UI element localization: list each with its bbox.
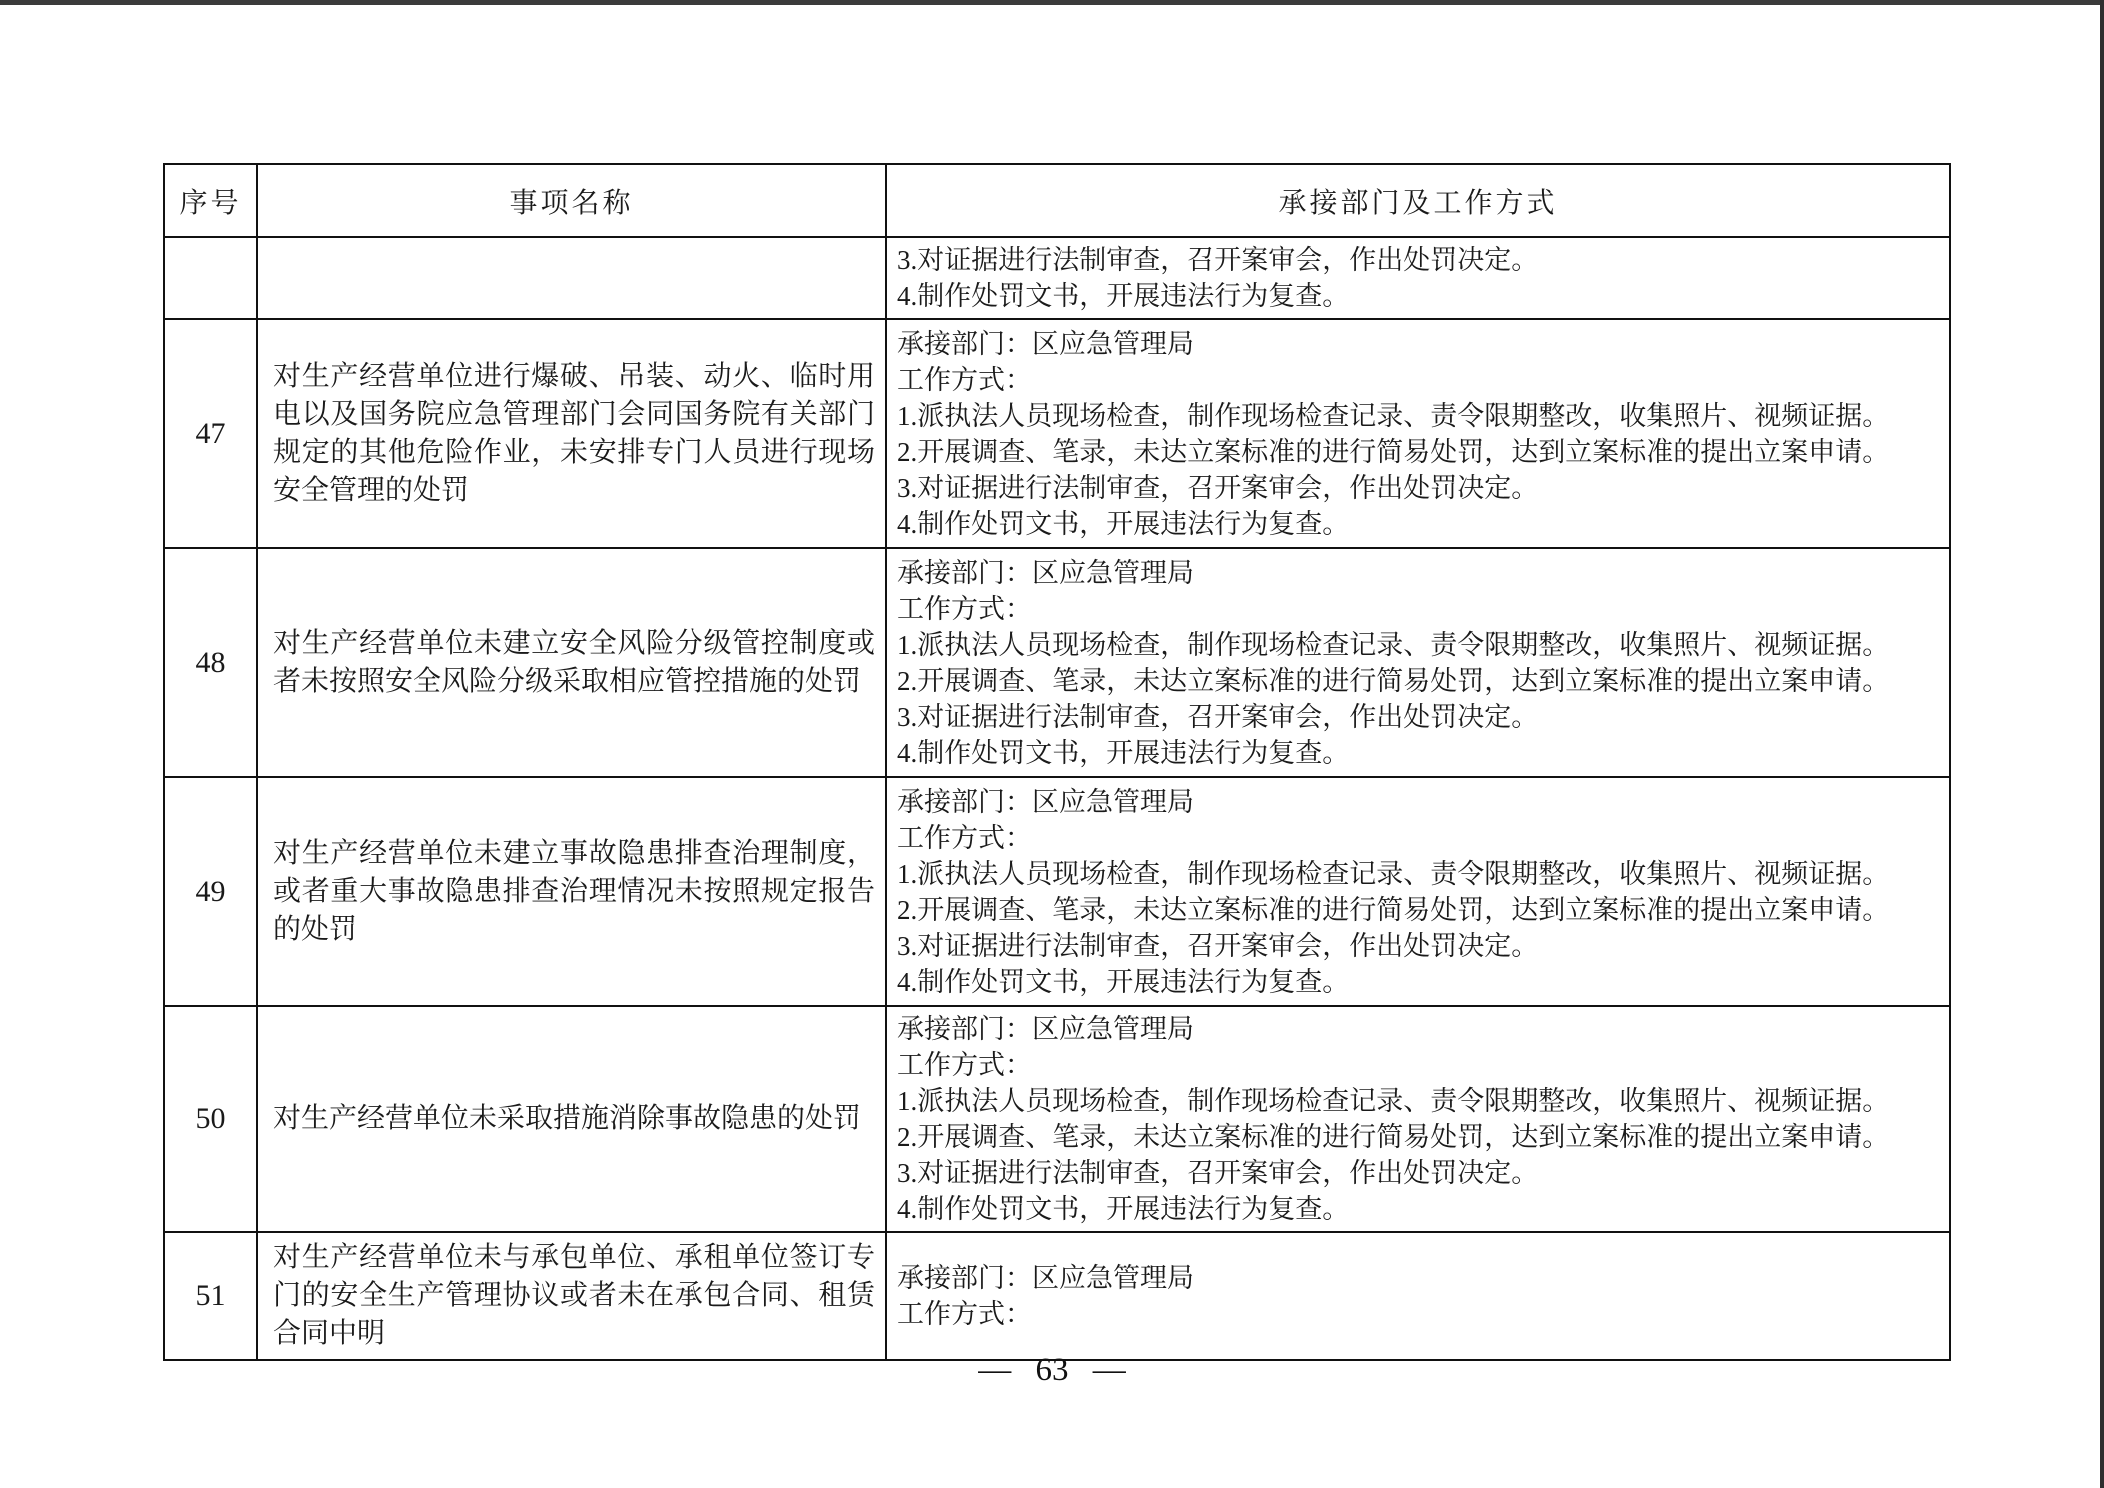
work-method-label: 工作方式： bbox=[897, 1296, 1941, 1332]
items-table: 序号 事项名称 承接部门及工作方式 3.对证据进行法制审查，召开案审会，作出处罚… bbox=[163, 163, 1951, 1361]
department-cell: 承接部门：区应急管理局 工作方式： 1.派执法人员现场检查，制作现场检查记录、责… bbox=[886, 548, 1950, 777]
work-method-label: 工作方式： bbox=[897, 820, 1941, 856]
row-number-cell: 48 bbox=[164, 548, 257, 777]
work-method-line: 3.对证据进行法制审查，召开案审会，作出处罚决定。 bbox=[897, 470, 1941, 506]
table-row: 50 对生产经营单位未采取措施消除事故隐患的处罚 承接部门：区应急管理局 工作方… bbox=[164, 1006, 1950, 1232]
work-method-line: 3.对证据进行法制审查，召开案审会，作出处罚决定。 bbox=[897, 242, 1941, 278]
work-method-line: 1.派执法人员现场检查，制作现场检查记录、责令限期整改，收集照片、视频证据。 bbox=[897, 856, 1941, 892]
header-item-name: 事项名称 bbox=[257, 164, 886, 237]
work-method-line: 1.派执法人员现场检查，制作现场检查记录、责令限期整改，收集照片、视频证据。 bbox=[897, 1083, 1941, 1119]
work-method-line: 4.制作处罚文书，开展违法行为复查。 bbox=[897, 506, 1941, 542]
work-method-label: 工作方式： bbox=[897, 1047, 1941, 1083]
table-header-row: 序号 事项名称 承接部门及工作方式 bbox=[164, 164, 1950, 237]
work-method-line: 4.制作处罚文书，开展违法行为复查。 bbox=[897, 1191, 1941, 1227]
department-line: 承接部门：区应急管理局 bbox=[897, 1260, 1941, 1296]
item-name-cell: 对生产经营单位未建立事故隐患排查治理制度，或者重大事故隐患排查治理情况未按照规定… bbox=[257, 777, 886, 1006]
work-method-line: 3.对证据进行法制审查，召开案审会，作出处罚决定。 bbox=[897, 699, 1941, 735]
department-line: 承接部门：区应急管理局 bbox=[897, 784, 1941, 820]
work-method-line: 3.对证据进行法制审查，召开案审会，作出处罚决定。 bbox=[897, 1155, 1941, 1191]
work-method-label: 工作方式： bbox=[897, 591, 1941, 627]
item-name-cell: 对生产经营单位未与承包单位、承租单位签订专门的安全生产管理协议或者未在承包合同、… bbox=[257, 1232, 886, 1360]
top-edge-bar bbox=[0, 0, 2104, 5]
item-name-cell: 对生产经营单位进行爆破、吊装、动火、临时用电以及国务院应急管理部门会同国务院有关… bbox=[257, 319, 886, 548]
work-method-label: 工作方式： bbox=[897, 362, 1941, 398]
department-cell: 承接部门：区应急管理局 工作方式： 1.派执法人员现场检查，制作现场检查记录、责… bbox=[886, 319, 1950, 548]
department-line: 承接部门：区应急管理局 bbox=[897, 326, 1941, 362]
table-row: 3.对证据进行法制审查，召开案审会，作出处罚决定。 4.制作处罚文书，开展违法行… bbox=[164, 237, 1950, 319]
department-line: 承接部门：区应急管理局 bbox=[897, 1011, 1941, 1047]
document-page: 序号 事项名称 承接部门及工作方式 3.对证据进行法制审查，召开案审会，作出处罚… bbox=[0, 0, 2104, 1488]
department-cell: 承接部门：区应急管理局 工作方式： 1.派执法人员现场检查，制作现场检查记录、责… bbox=[886, 1006, 1950, 1232]
item-name-cell bbox=[257, 237, 886, 319]
page-number: — 63 — bbox=[0, 1352, 2104, 1389]
header-department-method: 承接部门及工作方式 bbox=[886, 164, 1950, 237]
item-name-cell: 对生产经营单位未采取措施消除事故隐患的处罚 bbox=[257, 1006, 886, 1232]
work-method-line: 4.制作处罚文书，开展违法行为复查。 bbox=[897, 278, 1941, 314]
row-number-cell: 50 bbox=[164, 1006, 257, 1232]
department-line: 承接部门：区应急管理局 bbox=[897, 555, 1941, 591]
work-method-line: 2.开展调查、笔录，未达立案标准的进行简易处罚，达到立案标准的提出立案申请。 bbox=[897, 1119, 1941, 1155]
item-name-cell: 对生产经营单位未建立安全风险分级管控制度或者未按照安全风险分级采取相应管控措施的… bbox=[257, 548, 886, 777]
table-row: 48 对生产经营单位未建立安全风险分级管控制度或者未按照安全风险分级采取相应管控… bbox=[164, 548, 1950, 777]
row-number-cell: 49 bbox=[164, 777, 257, 1006]
row-number-cell: 51 bbox=[164, 1232, 257, 1360]
department-cell: 承接部门：区应急管理局 工作方式： bbox=[886, 1232, 1950, 1360]
table-row: 47 对生产经营单位进行爆破、吊装、动火、临时用电以及国务院应急管理部门会同国务… bbox=[164, 319, 1950, 548]
table-row: 51 对生产经营单位未与承包单位、承租单位签订专门的安全生产管理协议或者未在承包… bbox=[164, 1232, 1950, 1360]
header-serial-number: 序号 bbox=[164, 164, 257, 237]
row-number-cell: 47 bbox=[164, 319, 257, 548]
table-row: 49 对生产经营单位未建立事故隐患排查治理制度，或者重大事故隐患排查治理情况未按… bbox=[164, 777, 1950, 1006]
work-method-line: 4.制作处罚文书，开展违法行为复查。 bbox=[897, 735, 1941, 771]
right-edge-bar bbox=[2100, 0, 2104, 1488]
row-number-cell bbox=[164, 237, 257, 319]
department-cell: 3.对证据进行法制审查，召开案审会，作出处罚决定。 4.制作处罚文书，开展违法行… bbox=[886, 237, 1950, 319]
work-method-line: 1.派执法人员现场检查，制作现场检查记录、责令限期整改，收集照片、视频证据。 bbox=[897, 627, 1941, 663]
work-method-line: 2.开展调查、笔录，未达立案标准的进行简易处罚，达到立案标准的提出立案申请。 bbox=[897, 892, 1941, 928]
work-method-line: 2.开展调查、笔录，未达立案标准的进行简易处罚，达到立案标准的提出立案申请。 bbox=[897, 434, 1941, 470]
work-method-line: 1.派执法人员现场检查，制作现场检查记录、责令限期整改，收集照片、视频证据。 bbox=[897, 398, 1941, 434]
department-cell: 承接部门：区应急管理局 工作方式： 1.派执法人员现场检查，制作现场检查记录、责… bbox=[886, 777, 1950, 1006]
work-method-line: 3.对证据进行法制审查，召开案审会，作出处罚决定。 bbox=[897, 928, 1941, 964]
work-method-line: 4.制作处罚文书，开展违法行为复查。 bbox=[897, 964, 1941, 1000]
work-method-line: 2.开展调查、笔录，未达立案标准的进行简易处罚，达到立案标准的提出立案申请。 bbox=[897, 663, 1941, 699]
